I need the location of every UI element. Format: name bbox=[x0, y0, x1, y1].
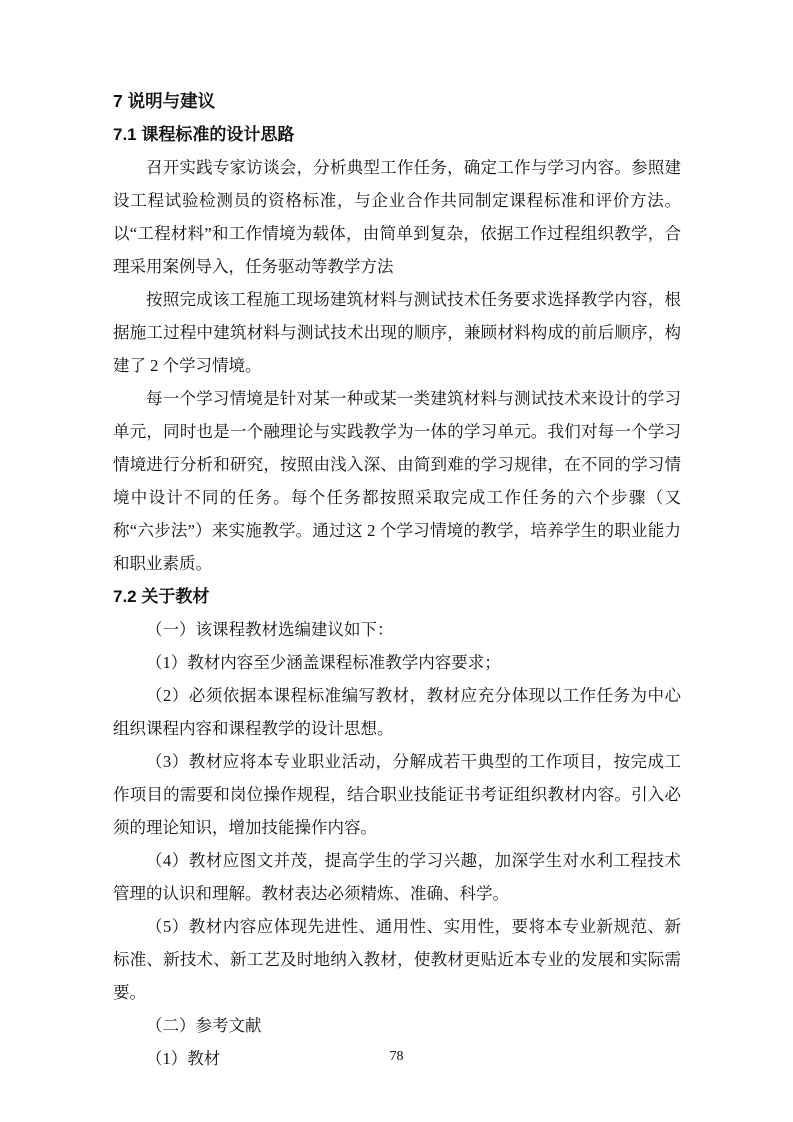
textbook-advice-item-1: （1）教材内容至少涵盖课程标准教学内容要求； bbox=[113, 646, 681, 679]
textbook-advice-intro: （一）该课程教材选编建议如下： bbox=[113, 613, 681, 646]
references-heading: （二）参考文献 bbox=[113, 1009, 681, 1042]
paragraph-design-approach-3: 每一个学习情境是针对某一种或某一类建筑材料与测试技术来设计的学习单元，同时也是一… bbox=[113, 382, 681, 580]
section-7-2-heading: 7.2 关于教材 bbox=[113, 580, 681, 613]
section-7-1-heading: 7.1 课程标准的设计思路 bbox=[113, 118, 681, 151]
page-content: 7 说明与建议 7.1 课程标准的设计思路 召开实践专家访谈会，分析典型工作任务… bbox=[113, 85, 681, 1075]
document-page: 7 说明与建议 7.1 课程标准的设计思路 召开实践专家访谈会，分析典型工作任务… bbox=[0, 0, 793, 1122]
paragraph-design-approach-1: 召开实践专家访谈会，分析典型工作任务，确定工作与学习内容。参照建设工程试验检测员… bbox=[113, 151, 681, 283]
paragraph-design-approach-2: 按照完成该工程施工现场建筑材料与测试技术任务要求选择教学内容，根据施工过程中建筑… bbox=[113, 283, 681, 382]
textbook-advice-item-5: （5）教材内容应体现先进性、通用性、实用性，要将本专业新规范、新标准、新技术、新… bbox=[113, 910, 681, 1009]
page-number: 78 bbox=[390, 1049, 404, 1064]
section-7-heading: 7 说明与建议 bbox=[113, 85, 681, 118]
textbook-advice-item-2: （2）必须依据本课程标准编写教材，教材应充分体现以工作任务为中心组织课程内容和课… bbox=[113, 679, 681, 745]
page-footer: 78 bbox=[0, 1048, 793, 1066]
textbook-advice-item-4: （4）教材应图文并茂，提高学生的学习兴趣，加深学生对水利工程技术管理的认识和理解… bbox=[113, 844, 681, 910]
textbook-advice-item-3: （3）教材应将本专业职业活动，分解成若干典型的工作项目，按完成工作项目的需要和岗… bbox=[113, 745, 681, 844]
